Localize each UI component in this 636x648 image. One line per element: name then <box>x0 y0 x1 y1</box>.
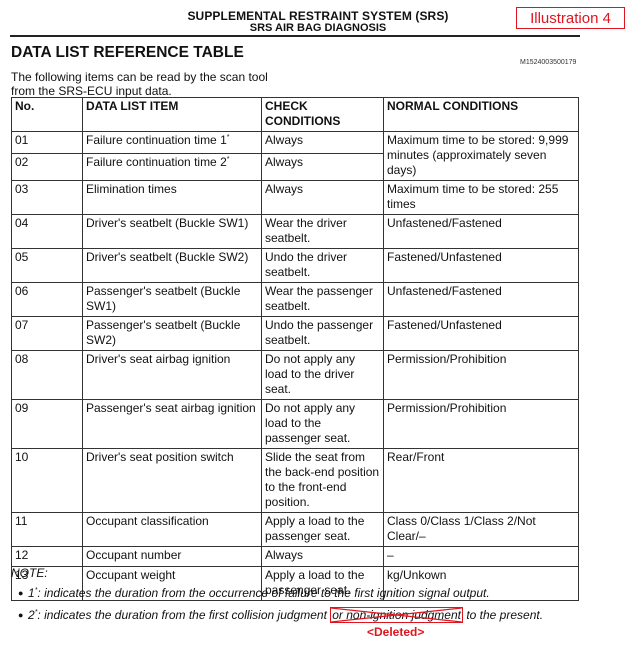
table-row: 01Failure continuation time 1*AlwaysMaxi… <box>12 132 579 154</box>
cell-item: Driver's seatbelt (Buckle SW1) <box>83 215 262 249</box>
column-header-item: DATA LIST ITEM <box>83 98 262 132</box>
cell-no: 07 <box>12 317 83 351</box>
cell-item: Failure continuation time 2* <box>83 153 262 180</box>
cell-normal: Permission/Prohibition <box>384 400 579 449</box>
cell-item: Driver's seatbelt (Buckle SW2) <box>83 249 262 283</box>
note-label: NOTE: <box>11 566 48 580</box>
cell-no: 10 <box>12 449 83 513</box>
cell-normal: Maximum time to be stored: 255 times <box>384 181 579 215</box>
cell-no: 04 <box>12 215 83 249</box>
cell-check: Do not apply any load to the driver seat… <box>262 351 384 400</box>
cell-item: Occupant classification <box>83 513 262 547</box>
cell-item: Passenger's seatbelt (Buckle SW1) <box>83 283 262 317</box>
cell-check: Always <box>262 547 384 567</box>
cell-normal: Permission/Prohibition <box>384 351 579 400</box>
intro-line-1: The following items can be read by the s… <box>11 70 311 84</box>
cell-normal: Unfastened/Fastened <box>384 283 579 317</box>
deleted-annotation: <Deleted> <box>367 625 424 639</box>
note-item: ●1*: indicates the duration from the occ… <box>18 586 490 600</box>
table-header-row: No. DATA LIST ITEM CHECKCONDITIONS NORMA… <box>12 98 579 132</box>
cell-no: 01 <box>12 132 83 154</box>
cell-item: Elimination times <box>83 181 262 215</box>
cell-check: Apply a load to the passenger seat. <box>262 513 384 547</box>
table-row: 06Passenger's seatbelt (Buckle SW1)Wear … <box>12 283 579 317</box>
page-title: DATA LIST REFERENCE TABLE <box>11 44 244 62</box>
table-row: 04Driver's seatbelt (Buckle SW1)Wear the… <box>12 215 579 249</box>
cell-normal: Fastened/Unfastened <box>384 317 579 351</box>
table-row: 11Occupant classificationApply a load to… <box>12 513 579 547</box>
cell-no: 03 <box>12 181 83 215</box>
cell-check: Slide the seat from the back-end positio… <box>262 449 384 513</box>
table-row: 03Elimination timesAlwaysMaximum time to… <box>12 181 579 215</box>
cell-no: 02 <box>12 153 83 180</box>
cell-no: 11 <box>12 513 83 547</box>
bullet-icon: ● <box>18 610 28 620</box>
table-row: 07Passenger's seatbelt (Buckle SW2)Undo … <box>12 317 579 351</box>
cell-item: Passenger's seat airbag ignition <box>83 400 262 449</box>
column-header-no: No. <box>12 98 83 132</box>
bullet-icon: ● <box>18 588 28 598</box>
cell-normal: Class 0/Class 1/Class 2/Not Clear/– <box>384 513 579 547</box>
table-row: 08Driver's seat airbag ignitionDo not ap… <box>12 351 579 400</box>
cell-no: 09 <box>12 400 83 449</box>
table-row: 09Passenger's seat airbag ignitionDo not… <box>12 400 579 449</box>
cell-normal: Unfastened/Fastened <box>384 215 579 249</box>
illustration-label: Illustration 4 <box>516 7 625 29</box>
note-item: ●2*: indicates the duration from the fir… <box>18 607 543 623</box>
cross-out-icon <box>331 608 462 622</box>
cell-normal: – <box>384 547 579 567</box>
table-row: 05Driver's seatbelt (Buckle SW2)Undo the… <box>12 249 579 283</box>
cell-check: Always <box>262 132 384 154</box>
cell-normal: Rear/Front <box>384 449 579 513</box>
table-row: 12Occupant numberAlways– <box>12 547 579 567</box>
intro-text: The following items can be read by the s… <box>11 70 311 98</box>
cell-check: Wear the driver seatbelt. <box>262 215 384 249</box>
cell-check: Always <box>262 181 384 215</box>
header-divider <box>10 35 580 37</box>
cell-no: 08 <box>12 351 83 400</box>
cell-check: Undo the passenger seatbelt. <box>262 317 384 351</box>
table-row: 10Driver's seat position switchSlide the… <box>12 449 579 513</box>
cell-check: Undo the driver seatbelt. <box>262 249 384 283</box>
data-list-table: No. DATA LIST ITEM CHECKCONDITIONS NORMA… <box>11 97 579 601</box>
cell-no: 06 <box>12 283 83 317</box>
column-header-normal: NORMAL CONDITIONS <box>384 98 579 132</box>
cell-normal: Fastened/Unfastened <box>384 249 579 283</box>
cell-check: Do not apply any load to the passenger s… <box>262 400 384 449</box>
cell-no: 05 <box>12 249 83 283</box>
document-id: M1524003500179 <box>520 59 576 66</box>
cell-check: Wear the passenger seatbelt. <box>262 283 384 317</box>
cell-item: Occupant number <box>83 547 262 567</box>
cell-check: Always <box>262 153 384 180</box>
intro-line-2: from the SRS-ECU input data. <box>11 84 311 98</box>
column-header-check: CHECKCONDITIONS <box>262 98 384 132</box>
cell-item: Driver's seat airbag ignition <box>83 351 262 400</box>
cell-normal: Maximum time to be stored: 9,999 minutes… <box>384 132 579 181</box>
deleted-text-box: or non-ignition judgment <box>330 607 463 623</box>
cell-item: Driver's seat position switch <box>83 449 262 513</box>
cell-item: Passenger's seatbelt (Buckle SW2) <box>83 317 262 351</box>
cell-item: Failure continuation time 1* <box>83 132 262 154</box>
cell-no: 12 <box>12 547 83 567</box>
